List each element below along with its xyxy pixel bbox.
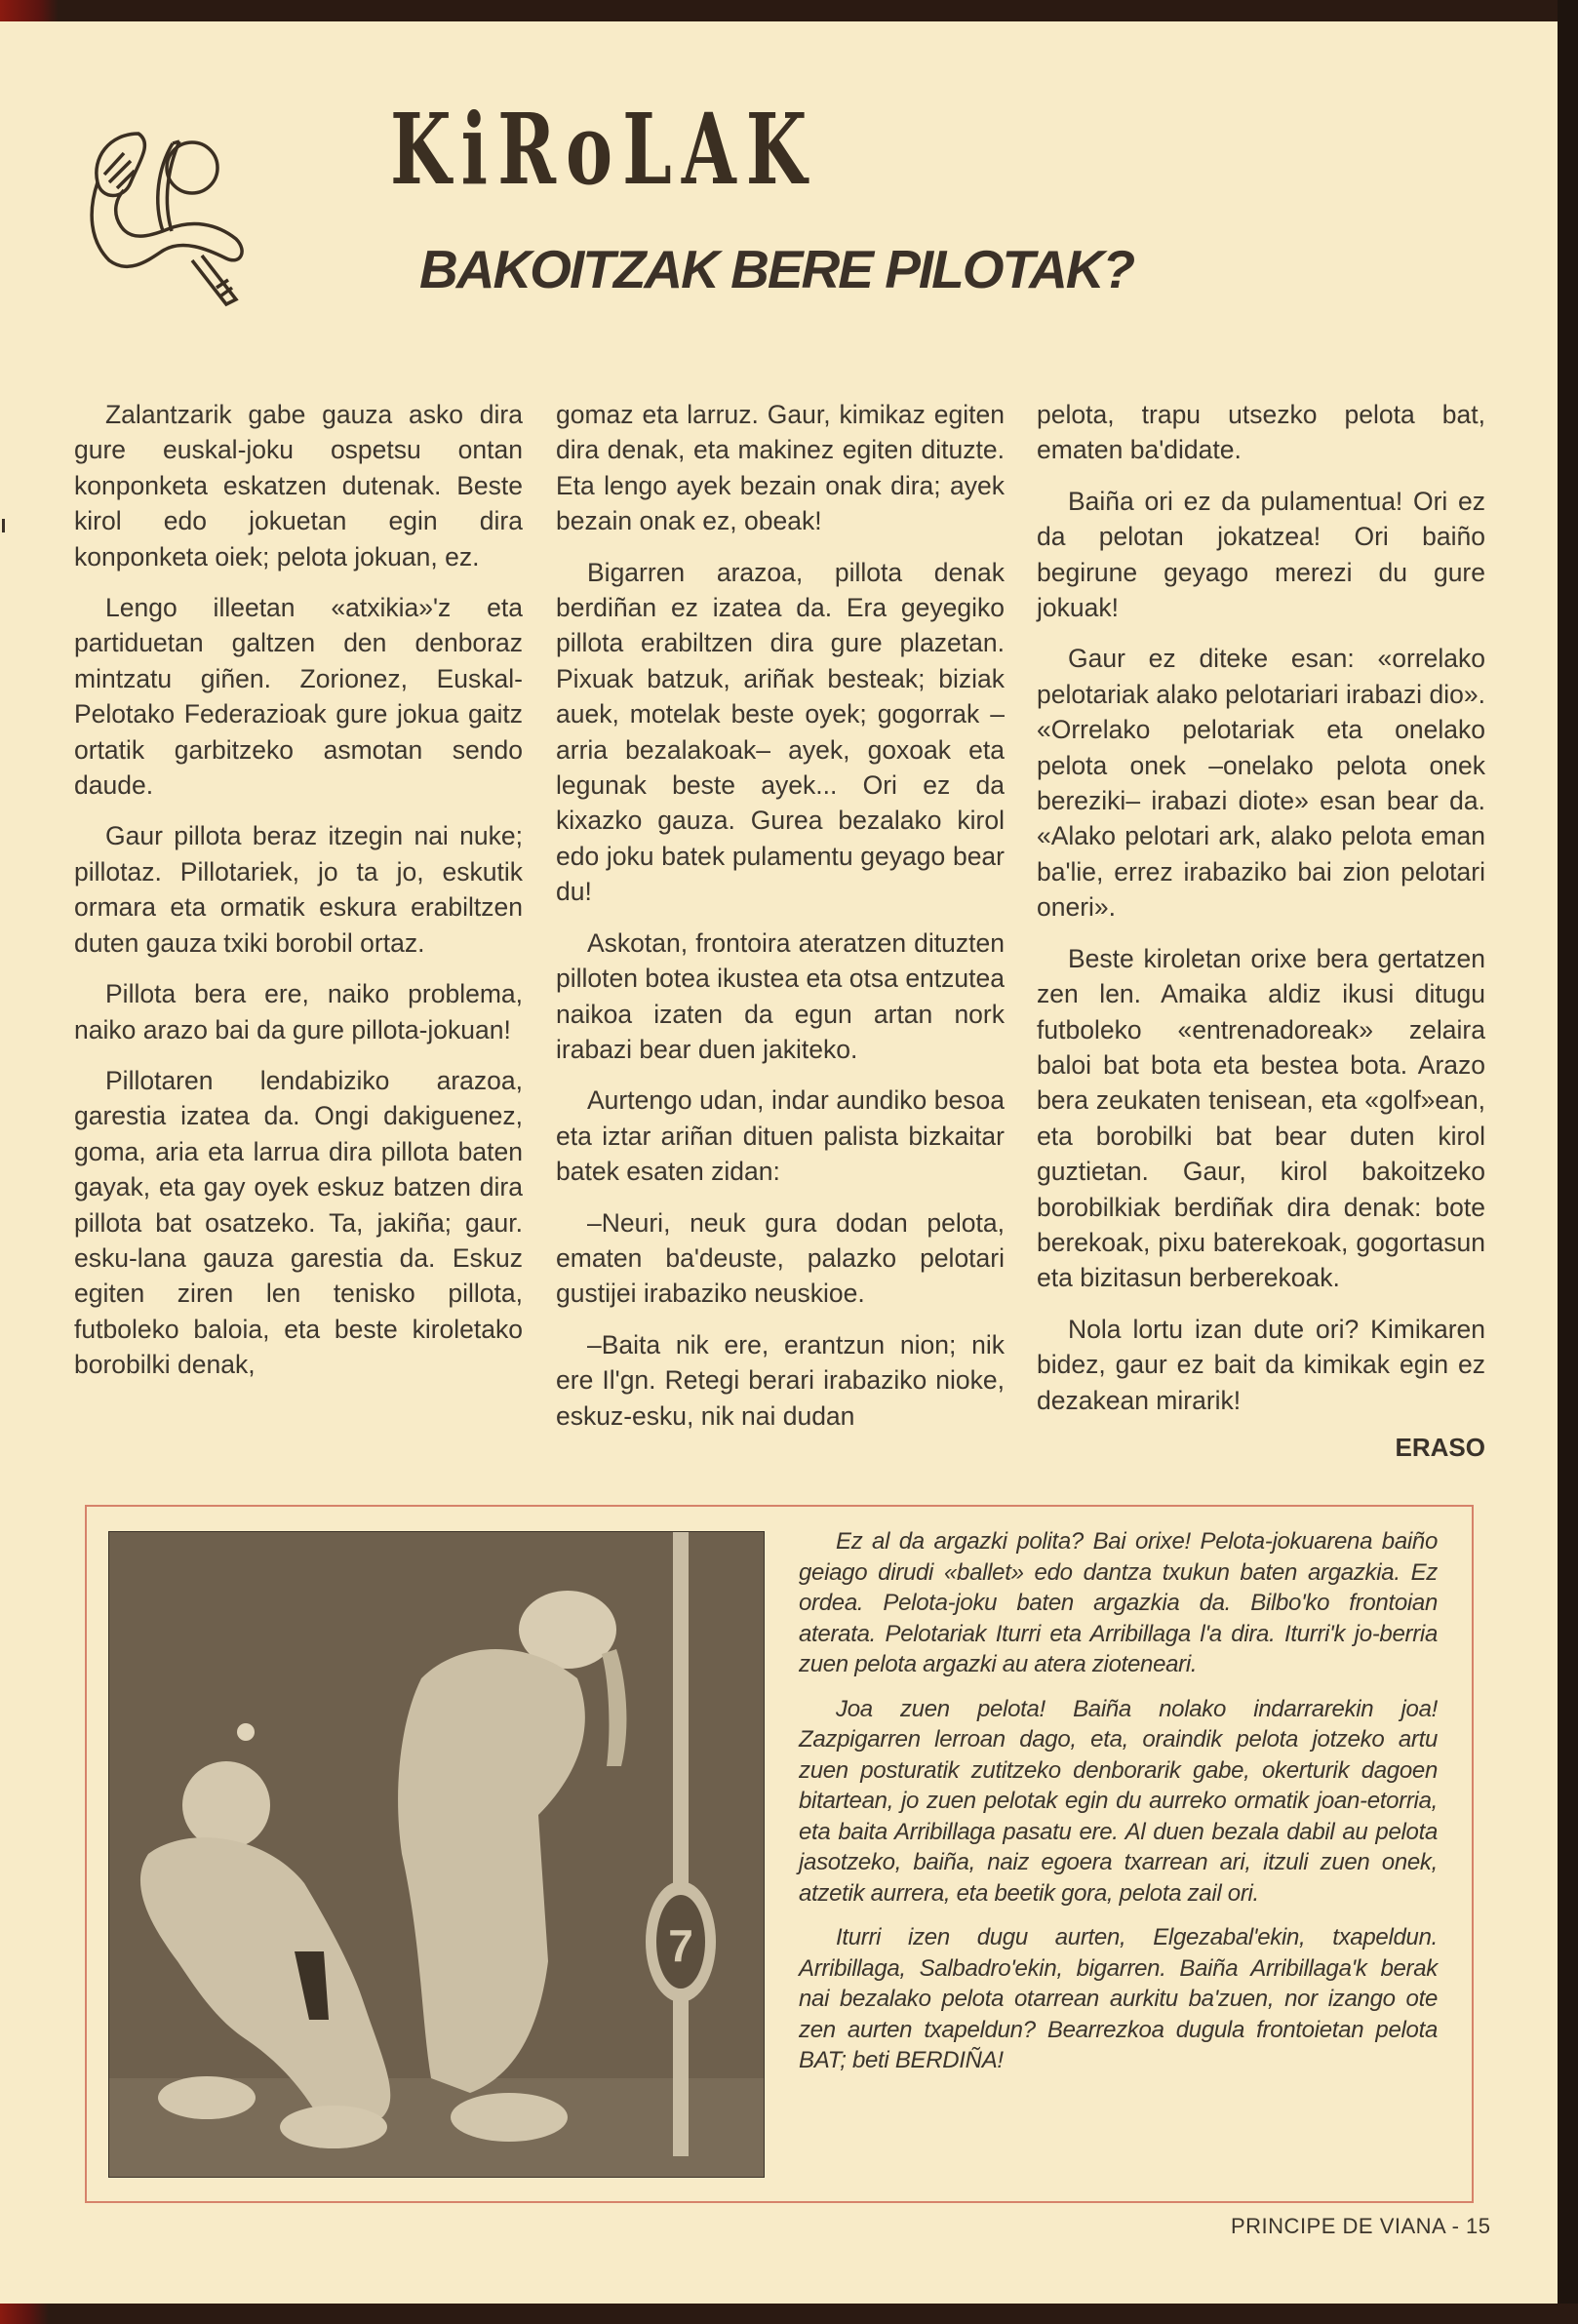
article-column-3: pelota, trapu utsezko pelota bat, ematen…: [1037, 397, 1485, 1465]
paragraph: Aurtengo udan, indar aundiko besoa eta i…: [556, 1083, 1005, 1189]
wall-number: 7: [668, 1920, 693, 1971]
paragraph: Bigarren arazoa, pillota denak berdiñan …: [556, 555, 1005, 910]
paragraph: Gaur pillota beraz itzegin nai nuke; pil…: [74, 818, 523, 961]
section-title: KiRoLAK: [390, 92, 816, 207]
caption-paragraph: Ez al da argazki polita? Bai orixe! Pelo…: [799, 1526, 1438, 1680]
paragraph: Gaur ez diteke esan: «orrelako pelotaria…: [1037, 641, 1485, 925]
article-column-1: Zalantzarik gabe gauza asko dira gure eu…: [74, 397, 523, 1398]
scan-border-bottom: [0, 2304, 1578, 2324]
pelota-players-photo: 7: [108, 1531, 765, 2178]
photo-caption: Ez al da argazki polita? Bai orixe! Pelo…: [799, 1526, 1438, 2090]
pelota-cesta-logo-icon: [70, 114, 304, 319]
paragraph: –Neuri, neuk gura dodan pelota, ematen b…: [556, 1205, 1005, 1312]
paragraph: Baiña ori ez da pulamentua! Ori ez da pe…: [1037, 484, 1485, 626]
paragraph: pelota, trapu utsezko pelota bat, ematen…: [1037, 397, 1485, 468]
scan-border-right: [1558, 0, 1578, 2324]
caption-paragraph: Joa zuen pelota! Baiña nolako indarrarek…: [799, 1694, 1438, 1910]
photo-illustration: 7: [109, 1532, 764, 2177]
photo-caption-frame: 7 Ez al da argazki polita? Bai orixe! Pe…: [85, 1505, 1474, 2203]
paragraph: –Baita nik ere, erantzun nion; nik ere I…: [556, 1327, 1005, 1434]
scan-speck: [2, 519, 5, 532]
paragraph: Nola lortu izan dute ori? Kimikaren bide…: [1037, 1312, 1485, 1418]
paragraph: Pillotaren lendabiziko arazoa, garestia …: [74, 1063, 523, 1383]
scan-border-top: [0, 0, 1578, 21]
paragraph: Beste kiroletan orixe bera gertatzen zen…: [1037, 941, 1485, 1296]
paragraph: gomaz eta larruz. Gaur, kimikaz egiten d…: [556, 397, 1005, 539]
magazine-page: KiRoLAK BAKOITZAK BERE PILOTAK? Zalantza…: [0, 21, 1558, 2304]
article-column-2: gomaz eta larruz. Gaur, kimikaz egiten d…: [556, 397, 1005, 1449]
paragraph: Askotan, frontoira ateratzen dituzten pi…: [556, 926, 1005, 1068]
paragraph: Lengo illeetan «atxikia»'z eta partiduet…: [74, 590, 523, 803]
author-signature: ERASO: [1037, 1430, 1485, 1465]
page-footer: PRINCIPE DE VIANA - 15: [1231, 2214, 1491, 2239]
paragraph: Zalantzarik gabe gauza asko dira gure eu…: [74, 397, 523, 574]
caption-paragraph: Iturri izen dugu aurten, Elgezabal'ekin,…: [799, 1922, 1438, 2076]
article-title: BAKOITZAK BERE PILOTAK?: [419, 238, 1133, 300]
paragraph: Pillota bera ere, naiko problema, naiko …: [74, 976, 523, 1047]
